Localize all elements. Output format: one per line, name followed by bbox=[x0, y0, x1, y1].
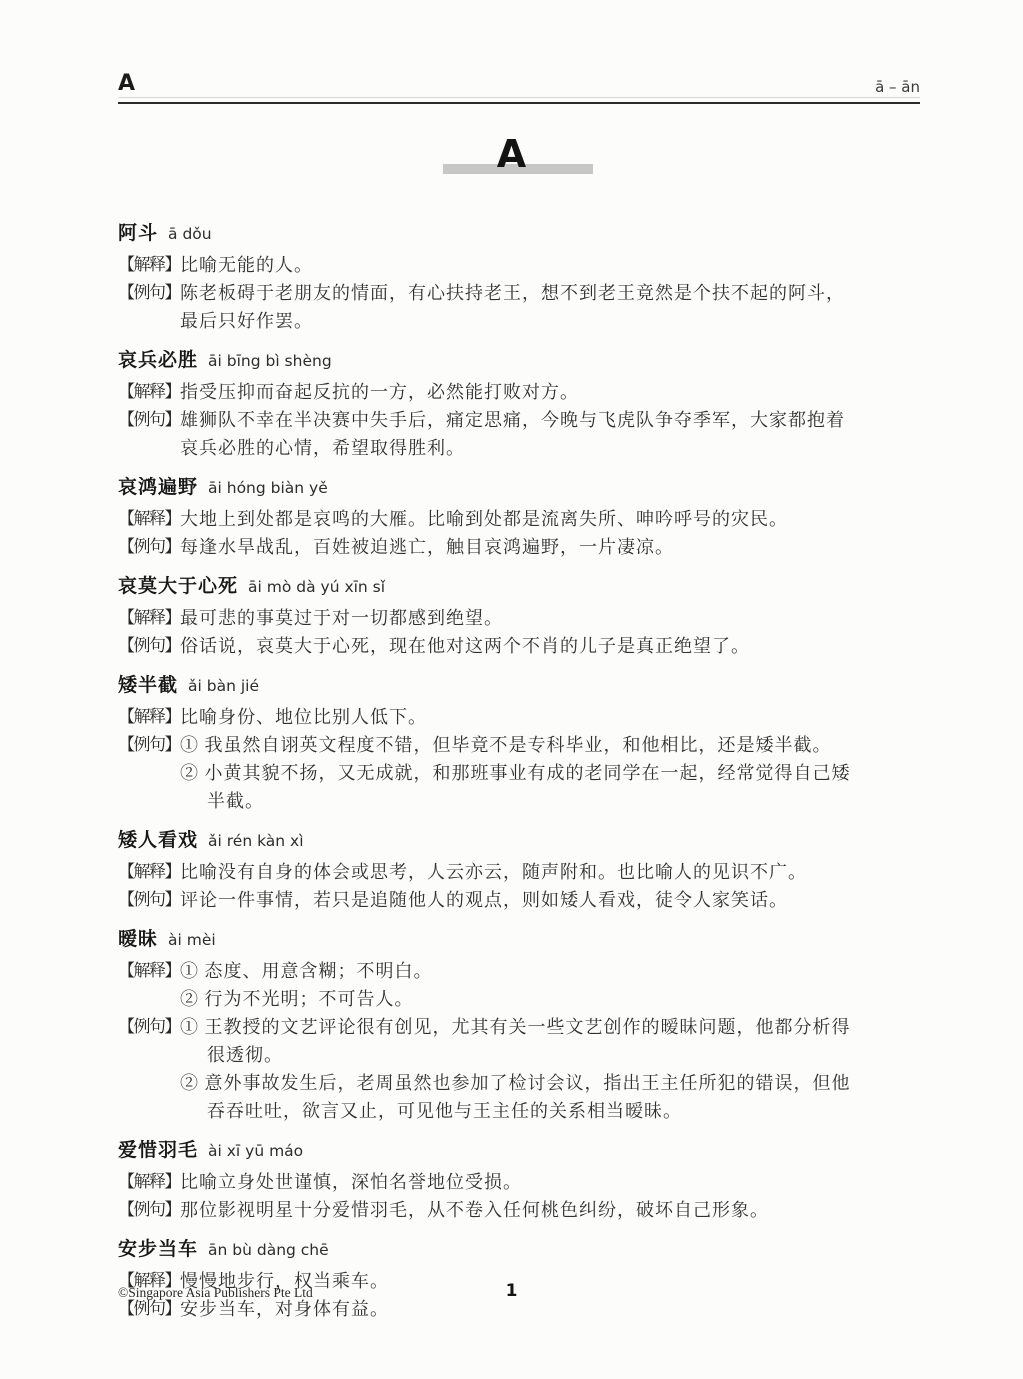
example-row: 【例句】 陈老板碍于老朋友的情面，有心扶持老王，想不到老王竟然是个扶不起的阿斗，… bbox=[118, 279, 858, 335]
headword-line: 哀兵必胜āi bīng bì shèng bbox=[118, 347, 858, 376]
example-paragraph: ② 小黄其貌不扬，又无成就，和那班事业有成的老同学在一起，经常觉得自己矮半截。 bbox=[180, 759, 858, 815]
explanation-content: 最可悲的事莫过于对一切都感到绝望。 bbox=[180, 604, 858, 632]
explanation-row: 【解释】 比喻立身处世谨慎，深怕名誉地位受损。 bbox=[118, 1168, 858, 1196]
headword: 阿斗 bbox=[118, 223, 158, 244]
example-row: 【例句】 俗话说，哀莫大于心死，现在他对这两个不肖的儿子是真正绝望了。 bbox=[118, 632, 858, 660]
dictionary-entry: 爱惜羽毛ài xī yū máo 【解释】 比喻立身处世谨慎，深怕名誉地位受损。… bbox=[118, 1137, 858, 1224]
example-paragraph: 每逢水旱战乱，百姓被迫逃亡，触目哀鸿遍野，一片凄凉。 bbox=[180, 533, 858, 561]
dictionary-entry: 安步当车ān bù dàng chē 【解释】 慢慢地步行，权当乘车。 【例句】… bbox=[118, 1236, 858, 1323]
example-label: 【例句】 bbox=[118, 632, 180, 660]
example-paragraph: 雄狮队不幸在半决赛中失手后，痛定思痛，今晚与飞虎队争夺季军，大家都抱着哀兵必胜的… bbox=[180, 406, 858, 462]
explanation-paragraph: ① 态度、用意含糊；不明白。 bbox=[180, 957, 858, 985]
explanation-paragraph: 比喻身份、地位比别人低下。 bbox=[180, 703, 858, 731]
example-content: 评论一件事情，若只是追随他人的观点，则如矮人看戏，徒令人家笑话。 bbox=[180, 886, 858, 914]
headword-line: 矮人看戏ǎi rén kàn xì bbox=[118, 827, 858, 856]
example-paragraph: 那位影视明星十分爱惜羽毛，从不卷入任何桃色纠纷，破坏自己形象。 bbox=[180, 1196, 858, 1224]
section-letter: A bbox=[0, 134, 1023, 174]
example-row: 【例句】 ① 王教授的文艺评论很有创见，尤其有关一些文艺创作的暧昧问题，他都分析… bbox=[118, 1013, 858, 1125]
explanation-label: 【解释】 bbox=[118, 858, 180, 886]
headword: 哀兵必胜 bbox=[118, 350, 198, 371]
page-footer: ©Singapore Asia Publishers Pte Ltd 1 bbox=[0, 1281, 1023, 1305]
example-row: 【例句】 雄狮队不幸在半决赛中失手后，痛定思痛，今晚与飞虎队争夺季军，大家都抱着… bbox=[118, 406, 858, 462]
explanation-paragraph: 最可悲的事莫过于对一切都感到绝望。 bbox=[180, 604, 858, 632]
explanation-label: 【解释】 bbox=[118, 1168, 180, 1196]
headword-pinyin: ài xī yū máo bbox=[208, 1142, 303, 1160]
explanation-label: 【解释】 bbox=[118, 251, 180, 279]
example-paragraph: 陈老板碍于老朋友的情面，有心扶持老王，想不到老王竟然是个扶不起的阿斗，最后只好作… bbox=[180, 279, 858, 335]
explanation-content: 比喻无能的人。 bbox=[180, 251, 858, 279]
dictionary-entry: 哀鸿遍野āi hóng biàn yě 【解释】 大地上到处都是哀鸣的大雁。比喻… bbox=[118, 474, 858, 561]
dictionary-entry: 阿斗ā dǒu 【解释】 比喻无能的人。 【例句】 陈老板碍于老朋友的情面，有心… bbox=[118, 220, 858, 335]
explanation-row: 【解释】 大地上到处都是哀鸣的大雁。比喻到处都是流离失所、呻吟呼号的灾民。 bbox=[118, 505, 858, 533]
headword-line: 暧昧ài mèi bbox=[118, 926, 858, 955]
explanation-content: 指受压抑而奋起反抗的一方，必然能打败对方。 bbox=[180, 378, 858, 406]
example-label: 【例句】 bbox=[118, 1196, 180, 1224]
headword-pinyin: ān bù dàng chē bbox=[208, 1241, 329, 1259]
example-label: 【例句】 bbox=[118, 731, 180, 759]
headword-pinyin: ǎi rén kàn xì bbox=[208, 832, 303, 850]
headword: 安步当车 bbox=[118, 1239, 198, 1260]
headword: 哀莫大于心死 bbox=[118, 576, 238, 597]
headword-pinyin: āi hóng biàn yě bbox=[208, 479, 328, 497]
header-rule-dark bbox=[118, 102, 920, 104]
example-content: 陈老板碍于老朋友的情面，有心扶持老王，想不到老王竟然是个扶不起的阿斗，最后只好作… bbox=[180, 279, 858, 335]
example-row: 【例句】 每逢水旱战乱，百姓被迫逃亡，触目哀鸿遍野，一片凄凉。 bbox=[118, 533, 858, 561]
running-head-letter: A bbox=[118, 72, 135, 96]
explanation-content: 比喻没有自身的体会或思考，人云亦云，随声附和。也比喻人的见识不广。 bbox=[180, 858, 858, 886]
headword: 哀鸿遍野 bbox=[118, 477, 198, 498]
example-label: 【例句】 bbox=[118, 533, 180, 561]
example-label: 【例句】 bbox=[118, 1013, 180, 1041]
example-content: ① 王教授的文艺评论很有创见，尤其有关一些文艺创作的暧昧问题，他都分析得很透彻。… bbox=[180, 1013, 858, 1125]
explanation-paragraph: 指受压抑而奋起反抗的一方，必然能打败对方。 bbox=[180, 378, 858, 406]
example-label: 【例句】 bbox=[118, 406, 180, 434]
explanation-row: 【解释】 最可悲的事莫过于对一切都感到绝望。 bbox=[118, 604, 858, 632]
explanation-row: 【解释】 比喻无能的人。 bbox=[118, 251, 858, 279]
explanation-row: 【解释】 比喻身份、地位比别人低下。 bbox=[118, 703, 858, 731]
explanation-label: 【解释】 bbox=[118, 703, 180, 731]
headword-line: 爱惜羽毛ài xī yū máo bbox=[118, 1137, 858, 1166]
dictionary-page: A ā – ān A 阿斗ā dǒu 【解释】 比喻无能的人。 【例句】 陈老板… bbox=[0, 0, 1023, 1379]
example-paragraph: ② 意外事故发生后，老周虽然也参加了检讨会议，指出王主任所犯的错误，但他吞吞吐吐… bbox=[180, 1069, 858, 1125]
explanation-label: 【解释】 bbox=[118, 957, 180, 985]
dictionary-entry: 矮半截ǎi bàn jié 【解释】 比喻身份、地位比别人低下。 【例句】 ① … bbox=[118, 672, 858, 815]
explanation-paragraph: 大地上到处都是哀鸣的大雁。比喻到处都是流离失所、呻吟呼号的灾民。 bbox=[180, 505, 858, 533]
headword-pinyin: āi mò dà yú xīn sǐ bbox=[248, 578, 385, 596]
entry-list: 阿斗ā dǒu 【解释】 比喻无能的人。 【例句】 陈老板碍于老朋友的情面，有心… bbox=[118, 220, 858, 1335]
example-row: 【例句】 评论一件事情，若只是追随他人的观点，则如矮人看戏，徒令人家笑话。 bbox=[118, 886, 858, 914]
headword-line: 哀莫大于心死āi mò dà yú xīn sǐ bbox=[118, 573, 858, 602]
headword-line: 阿斗ā dǒu bbox=[118, 220, 858, 249]
dictionary-entry: 矮人看戏ǎi rén kàn xì 【解释】 比喻没有自身的体会或思考，人云亦云… bbox=[118, 827, 858, 914]
headword: 爱惜羽毛 bbox=[118, 1140, 198, 1161]
example-paragraph: 评论一件事情，若只是追随他人的观点，则如矮人看戏，徒令人家笑话。 bbox=[180, 886, 858, 914]
explanation-label: 【解释】 bbox=[118, 378, 180, 406]
example-content: 雄狮队不幸在半决赛中失手后，痛定思痛，今晚与飞虎队争夺季军，大家都抱着哀兵必胜的… bbox=[180, 406, 858, 462]
headword: 矮半截 bbox=[118, 675, 178, 696]
headword: 暧昧 bbox=[118, 929, 158, 950]
explanation-content: ① 态度、用意含糊；不明白。② 行为不光明；不可告人。 bbox=[180, 957, 858, 1013]
explanation-paragraph: 比喻没有自身的体会或思考，人云亦云，随声附和。也比喻人的见识不广。 bbox=[180, 858, 858, 886]
headword-pinyin: ǎi bàn jié bbox=[188, 677, 259, 695]
example-row: 【例句】 那位影视明星十分爱惜羽毛，从不卷入任何桃色纠纷，破坏自己形象。 bbox=[118, 1196, 858, 1224]
headword-line: 哀鸿遍野āi hóng biàn yě bbox=[118, 474, 858, 503]
section-heading: A bbox=[0, 134, 1023, 178]
explanation-paragraph: 比喻立身处世谨慎，深怕名誉地位受损。 bbox=[180, 1168, 858, 1196]
example-row: 【例句】 ① 我虽然自诩英文程度不错，但毕竟不是专科毕业，和他相比，还是矮半截。… bbox=[118, 731, 858, 815]
dictionary-entry: 哀兵必胜āi bīng bì shèng 【解释】 指受压抑而奋起反抗的一方，必… bbox=[118, 347, 858, 462]
headword-line: 安步当车ān bù dàng chē bbox=[118, 1236, 858, 1265]
example-content: 每逢水旱战乱，百姓被迫逃亡，触目哀鸿遍野，一片凄凉。 bbox=[180, 533, 858, 561]
example-paragraph: ① 我虽然自诩英文程度不错，但毕竟不是专科毕业，和他相比，还是矮半截。 bbox=[180, 731, 858, 759]
example-content: ① 我虽然自诩英文程度不错，但毕竟不是专科毕业，和他相比，还是矮半截。② 小黄其… bbox=[180, 731, 858, 815]
example-content: 那位影视明星十分爱惜羽毛，从不卷入任何桃色纠纷，破坏自己形象。 bbox=[180, 1196, 858, 1224]
page-number: 1 bbox=[0, 1281, 1023, 1301]
headword-pinyin: ài mèi bbox=[168, 931, 216, 949]
example-paragraph: 俗话说，哀莫大于心死，现在他对这两个不肖的儿子是真正绝望了。 bbox=[180, 632, 858, 660]
explanation-row: 【解释】 ① 态度、用意含糊；不明白。② 行为不光明；不可告人。 bbox=[118, 957, 858, 1013]
header-rule-light bbox=[118, 97, 920, 98]
running-head-pinyin-range: ā – ān bbox=[875, 78, 920, 96]
example-paragraph: ① 王教授的文艺评论很有创见，尤其有关一些文艺创作的暧昧问题，他都分析得很透彻。 bbox=[180, 1013, 858, 1069]
headword-pinyin: āi bīng bì shèng bbox=[208, 352, 332, 370]
explanation-label: 【解释】 bbox=[118, 505, 180, 533]
explanation-label: 【解释】 bbox=[118, 604, 180, 632]
headword-pinyin: ā dǒu bbox=[168, 225, 212, 243]
explanation-paragraph: ② 行为不光明；不可告人。 bbox=[180, 985, 858, 1013]
example-label: 【例句】 bbox=[118, 279, 180, 307]
example-label: 【例句】 bbox=[118, 886, 180, 914]
explanation-content: 大地上到处都是哀鸣的大雁。比喻到处都是流离失所、呻吟呼号的灾民。 bbox=[180, 505, 858, 533]
example-content: 俗话说，哀莫大于心死，现在他对这两个不肖的儿子是真正绝望了。 bbox=[180, 632, 858, 660]
explanation-content: 比喻身份、地位比别人低下。 bbox=[180, 703, 858, 731]
dictionary-entry: 哀莫大于心死āi mò dà yú xīn sǐ 【解释】 最可悲的事莫过于对一… bbox=[118, 573, 858, 660]
explanation-paragraph: 比喻无能的人。 bbox=[180, 251, 858, 279]
headword: 矮人看戏 bbox=[118, 830, 198, 851]
headword-line: 矮半截ǎi bàn jié bbox=[118, 672, 858, 701]
explanation-row: 【解释】 指受压抑而奋起反抗的一方，必然能打败对方。 bbox=[118, 378, 858, 406]
explanation-row: 【解释】 比喻没有自身的体会或思考，人云亦云，随声附和。也比喻人的见识不广。 bbox=[118, 858, 858, 886]
explanation-content: 比喻立身处世谨慎，深怕名誉地位受损。 bbox=[180, 1168, 858, 1196]
dictionary-entry: 暧昧ài mèi 【解释】 ① 态度、用意含糊；不明白。② 行为不光明；不可告人… bbox=[118, 926, 858, 1125]
